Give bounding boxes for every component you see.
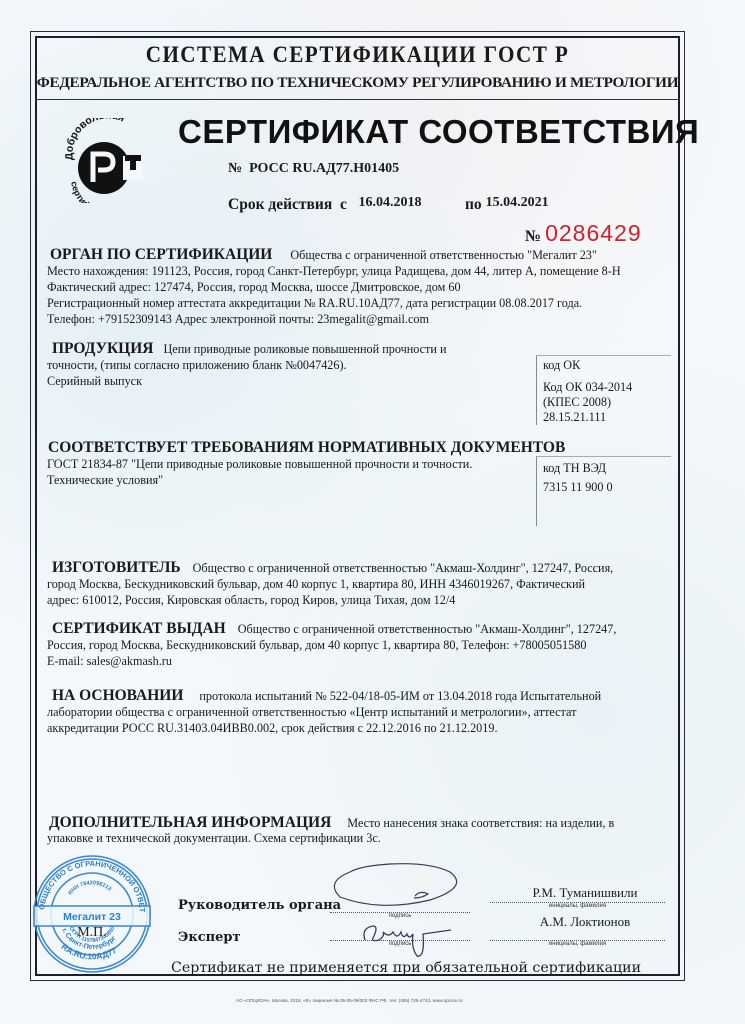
- head-name: Р.М. Туманишвили: [510, 885, 660, 901]
- to-label: по: [465, 196, 482, 213]
- basis-section: НА ОСНОВАНИИ протокола испытаний № 522-0…: [52, 687, 601, 705]
- expert-name: А.М. Локтионов: [510, 914, 660, 930]
- stamp-inn: ИНН 7842098213: [67, 880, 112, 896]
- manufacturer-heading: ИЗГОТОВИТЕЛЬ: [52, 559, 181, 576]
- manufacturer-first-line: Общество с ограниченной ответственностью…: [193, 561, 614, 575]
- stamp-mp-label: М.П.: [77, 925, 107, 940]
- basis-line: лаборатории общества с ограниченной отве…: [47, 704, 576, 720]
- issued-to-first-line: Общество с ограниченной ответственностью…: [238, 622, 617, 636]
- number-sign: №: [228, 161, 242, 176]
- standards-heading: СООТВЕТСТВУЕТ ТРЕБОВАНИЯМ НОРМАТИВНЫХ ДО…: [48, 439, 565, 457]
- organization-stamp-icon: ОБЩЕСТВО С ОГРАНИЧЕННОЙ ОТВЕТСТВЕННОСТЬЮ…: [30, 852, 155, 977]
- tnved-code-value: 7315 11 900 0: [543, 480, 671, 495]
- stamp-center-name: Мегалит 23: [63, 911, 121, 923]
- basis-first-line: протокола испытаний № 522-04/18-05-ИМ от…: [199, 689, 601, 703]
- okpd-code-line: 28.15.21.111: [543, 410, 671, 425]
- issued-to-section: СЕРТИФИКАТ ВЫДАН Общество с ограниченной…: [52, 620, 616, 638]
- basis-line: аккредитации РОСС RU.31403.04ИВВ0.002, с…: [47, 720, 498, 736]
- manufacturer-line: город Москва, Бескудниковский бульвар, д…: [47, 576, 585, 592]
- okpd-code-line: (КПЕС 2008): [543, 395, 671, 410]
- certification-body-name: Общества с ограниченной ответственностью…: [290, 248, 597, 262]
- basis-heading: НА ОСНОВАНИИ: [52, 687, 183, 704]
- expert-label: Эксперт: [178, 930, 241, 945]
- blank-number: 0286429: [545, 220, 642, 246]
- product-line: Серийный выпуск: [47, 373, 142, 389]
- product-heading: ПРОДУКЦИЯ: [52, 340, 154, 357]
- issued-to-heading: СЕРТИФИКАТ ВЫДАН: [52, 620, 226, 637]
- valid-to-date: 15.04.2021: [486, 195, 549, 210]
- head-handwritten-signature-icon: [320, 862, 490, 912]
- certification-body-line: Регистрационный номер аттестата аккредит…: [47, 295, 582, 311]
- certificate-title: СЕРТИФИКАТ СООТВЕТСТВИЯ: [178, 113, 699, 151]
- certification-body-section: ОРГАН ПО СЕРТИФИКАЦИИ Общества с огранич…: [50, 246, 597, 264]
- standards-line: ГОСТ 21834-87 "Цепи приводные роликовые …: [47, 456, 472, 472]
- certificate-number: РОСС RU.АД77.Н01405: [249, 161, 399, 176]
- product-line: точности, (типы согласно приложению блан…: [47, 357, 347, 373]
- system-title: СИСТЕМА СЕРТИФИКАЦИИ ГОСТ Р: [61, 42, 654, 68]
- head-of-body-label: Руководитель органа: [178, 898, 341, 913]
- manufacturer-line: адрес: 610012, Россия, Кировская область…: [47, 592, 455, 608]
- okpd-code-box: код ОК Код ОК 034-2014 (КПЕС 2008) 28.15…: [536, 355, 671, 425]
- certificate-number-row: № РОСС RU.АД77.Н01405: [228, 161, 399, 177]
- validity-text: Срок действия: [228, 196, 332, 213]
- additional-info-first-line: Место нанесения знака соответствия: на и…: [347, 816, 614, 830]
- certification-body-heading: ОРГАН ПО СЕРТИФИКАЦИИ: [50, 246, 272, 263]
- printer-imprint: АО «ОПЦИОН», Москва, 2018, «В» лицензия …: [236, 998, 463, 1003]
- valid-from-date: 16.04.2018: [358, 195, 421, 210]
- validity-label: Срок действия с 16.04.2018: [228, 196, 421, 214]
- head-name-caption: инициалы, фамилия: [490, 903, 665, 909]
- product-first-line: Цепи приводные роликовые повышенной проч…: [164, 342, 447, 356]
- tnved-code-label: код ТН ВЭД: [543, 461, 671, 476]
- certification-body-line: Место нахождения: 191123, Россия, город …: [47, 263, 621, 279]
- svg-text:ИНН 7842098213: ИНН 7842098213: [67, 880, 112, 896]
- okpd-code-line: Код ОК 034-2014: [543, 380, 671, 395]
- blank-number-sign: №: [525, 228, 541, 245]
- validity-to: по 15.04.2021: [465, 196, 549, 214]
- expert-handwritten-signature-icon: [355, 918, 465, 960]
- expert-name-caption: инициалы, фамилия: [490, 941, 665, 947]
- tnved-code-box: код ТН ВЭД 7315 11 900 0: [536, 456, 671, 526]
- certification-body-line: Телефон: +79152309143 Адрес электронной …: [47, 311, 429, 327]
- agency-title: ФЕДЕРАЛЬНОЕ АГЕНТСТВО ПО ТЕХНИЧЕСКОМУ РЕ…: [35, 74, 680, 92]
- manufacturer-section: ИЗГОТОВИТЕЛЬ Общество с ограниченной отв…: [52, 559, 613, 577]
- from-label: с: [340, 196, 347, 213]
- header-divider: [35, 99, 680, 100]
- certification-body-line: Фактический адрес: 127474, Россия, город…: [47, 279, 461, 295]
- issued-to-email: E-mail: sales@akmash.ru: [47, 653, 172, 669]
- standards-line: Технические условия": [47, 472, 163, 488]
- issued-to-line: Россия, город Москва, Бескудниковский бу…: [47, 637, 586, 653]
- okpd-code-label: код ОК: [543, 358, 671, 373]
- additional-info-line: упаковке и технической документации. Схе…: [47, 830, 381, 846]
- rst-voluntary-certification-logo-icon: Добровольная сертификация: [51, 118, 161, 203]
- additional-info-heading: ДОПОЛНИТЕЛЬНАЯ ИНФОРМАЦИЯ: [49, 814, 331, 831]
- product-section: ПРОДУКЦИЯ Цепи приводные роликовые повыш…: [52, 340, 446, 358]
- blank-number-row: № 0286429: [525, 220, 642, 247]
- footer-note: Сертификат не применяется при обязательн…: [171, 960, 641, 976]
